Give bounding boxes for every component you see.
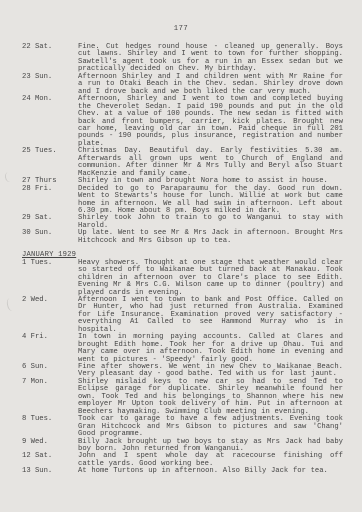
entry-date: 22 Sat. bbox=[22, 44, 72, 51]
diary-entry-row: 6 Sun. Fine after showers. We went in ne… bbox=[22, 364, 343, 379]
diary-entry-row: 28 Fri. Decided to go to Paraparaumu for… bbox=[22, 186, 343, 216]
entry-list: 22 Sat. Fine. Cut hedges round house - c… bbox=[22, 44, 343, 245]
entry-date: 13 Sun. bbox=[22, 468, 72, 475]
diary-entry-row: 22 Sat. Fine. Cut hedges round house - c… bbox=[22, 44, 343, 74]
entry-text: Afternoon Shirley and I and children wen… bbox=[78, 74, 343, 96]
entry-text: Afternoon I went to town to bank and Pos… bbox=[78, 297, 343, 334]
entry-date: 7 Mon. bbox=[22, 379, 72, 386]
entry-text: Fine. Cut hedges round house - cleaned u… bbox=[78, 44, 343, 74]
entry-date: 9 Wed. bbox=[22, 439, 72, 446]
diary-section: 22 Sat. Fine. Cut hedges round house - c… bbox=[22, 44, 343, 245]
diary-entry-row: 8 Tues. Took car to garage to have a few… bbox=[22, 416, 343, 438]
scan-smudge bbox=[4, 171, 14, 182]
diary-entry-row: 12 Sat. John and I spent whole day at ra… bbox=[22, 453, 343, 468]
entry-text: Heavy showers. Thought at one stage that… bbox=[78, 260, 343, 297]
diary-entry-row: 23 Sun. Afternoon Shirley and I and chil… bbox=[22, 74, 343, 96]
diary-entry-row: 24 Mon. Afternoon, Shirley and I went to… bbox=[22, 96, 343, 148]
diary-entry-row: 1 Tues. Heavy showers. Thought at one st… bbox=[22, 260, 343, 297]
entry-date: 28 Fri. bbox=[22, 186, 72, 193]
entry-date: 25 Tues. bbox=[22, 148, 72, 155]
entry-date: 8 Tues. bbox=[22, 416, 72, 423]
diary-entry-row: 9 Wed. Billy Jack brought up two boys to… bbox=[22, 439, 343, 454]
entry-date: 30 Sun. bbox=[22, 230, 72, 237]
entry-text: Decided to go to Paraparaumu for the day… bbox=[78, 186, 343, 216]
entry-text: Afternoon, Shirley and I went to town an… bbox=[78, 96, 343, 148]
entry-date: 29 Sat. bbox=[22, 215, 72, 222]
entry-text: Shirley took John to train to go to Wang… bbox=[78, 215, 343, 230]
entry-date: 1 Tues. bbox=[22, 260, 72, 267]
diary-entry-row: 7 Mon. Shirley mislaid keys to new car s… bbox=[22, 379, 343, 416]
entry-date: 6 Sun. bbox=[22, 364, 72, 371]
diary-body: 22 Sat. Fine. Cut hedges round house - c… bbox=[22, 44, 343, 476]
entry-text: Christmas Day. Beautiful day. Early fest… bbox=[78, 148, 343, 178]
diary-entry-row: 25 Tues. Christmas Day. Beautiful day. E… bbox=[22, 148, 343, 178]
diary-entry-row: 29 Sat. Shirley took John to train to go… bbox=[22, 215, 343, 230]
page-number: 177 bbox=[0, 26, 362, 33]
entry-list: 1 Tues. Heavy showers. Thought at one st… bbox=[22, 260, 343, 476]
entry-text: Shirley mislaid keys to new car so had t… bbox=[78, 379, 343, 416]
diary-section: JANUARY 1929 1 Tues. Heavy showers. Thou… bbox=[22, 245, 343, 476]
scanned-diary-page: 177 22 Sat. Fine. Cut hedges round house… bbox=[0, 0, 362, 512]
entry-text: In town in morning paying accounts. Call… bbox=[78, 334, 343, 364]
entry-text: Up late. Went to see Mr & Mrs Jack in af… bbox=[78, 230, 343, 245]
entry-text: Fine after showers. We went in new Chev … bbox=[78, 364, 343, 379]
entry-text: At home Turtons up in afternoon. Also Bi… bbox=[78, 468, 343, 475]
entry-date: 23 Sun. bbox=[22, 74, 72, 81]
scan-smudge bbox=[6, 297, 17, 311]
entry-text: Took car to garage to have a few adjustm… bbox=[78, 416, 343, 438]
entry-text: John and I spent whole day at racecourse… bbox=[78, 453, 343, 468]
entry-date: 4 Fri. bbox=[22, 334, 72, 341]
entry-date: 12 Sat. bbox=[22, 453, 72, 460]
entry-date: 24 Mon. bbox=[22, 96, 72, 103]
diary-entry-row: 30 Sun. Up late. Went to see Mr & Mrs Ja… bbox=[22, 230, 343, 245]
diary-entry-row: 2 Wed. Afternoon I went to town to bank … bbox=[22, 297, 343, 334]
entry-text: Billy Jack brought up two boys to stay a… bbox=[78, 439, 343, 454]
diary-entry-row: 13 Sun. At home Turtons up in afternoon.… bbox=[22, 468, 343, 475]
diary-entry-row: 4 Fri. In town in morning paying account… bbox=[22, 334, 343, 364]
entry-date: 2 Wed. bbox=[22, 297, 72, 304]
